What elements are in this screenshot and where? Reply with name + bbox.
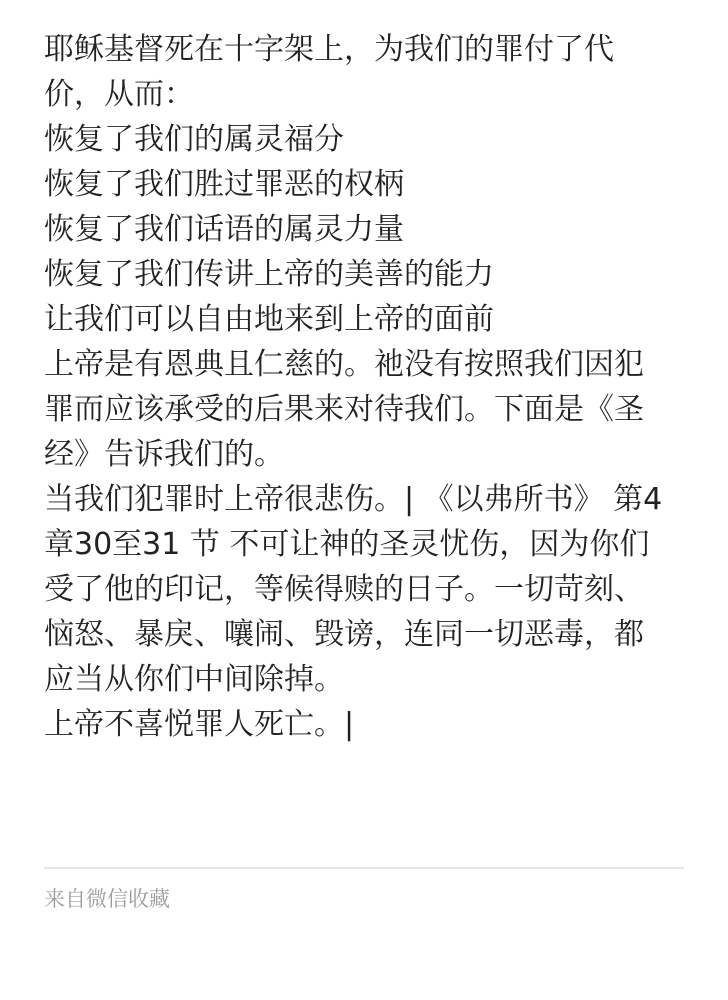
note-line: 让我们可以自由地来到上帝的面前 [44,297,684,342]
note-line: 恢复了我们传讲上帝的美善的能力 [44,252,684,297]
note-line: 恢复了我们话语的属灵力量 [44,207,684,252]
note-line: 恢复了我们胜过罪恶的权柄 [44,162,684,207]
note-line: 应当从你们中间除掉。 [44,657,684,702]
note-line: 价，从而： [44,72,684,117]
note-line: 经》告诉我们的。 [44,432,684,477]
divider [44,867,684,869]
source-label: 来自微信收藏 [44,886,684,912]
note-line: 恼怒、暴戾、嚷闹、毁谤，连同一切恶毒，都 [44,612,684,657]
note-line: 章30至31 节 不可让神的圣灵忧伤，因为你们 [44,522,684,567]
note-line: 上帝不喜悦罪人死亡。| [44,702,684,747]
note-line: 耶稣基督死在十字架上，为我们的罪付了代 [44,27,684,72]
note-line: 当我们犯罪时上帝很悲伤。| 《以弗所书》 第4 [44,477,684,522]
note-text-body: 耶稣基督死在十字架上，为我们的罪付了代价，从而：恢复了我们的属灵福分恢复了我们胜… [44,27,684,747]
note-line: 恢复了我们的属灵福分 [44,117,684,162]
note-line: 受了他的印记，等候得赎的日子。一切苛刻、 [44,567,684,612]
note-line: 罪而应该承受的后果来对待我们。下面是《圣 [44,387,684,432]
favorite-note-page: 耶稣基督死在十字架上，为我们的罪付了代价，从而：恢复了我们的属灵福分恢复了我们胜… [0,0,728,1000]
note-line: 上帝是有恩典且仁慈的。祂没有按照我们因犯 [44,342,684,387]
